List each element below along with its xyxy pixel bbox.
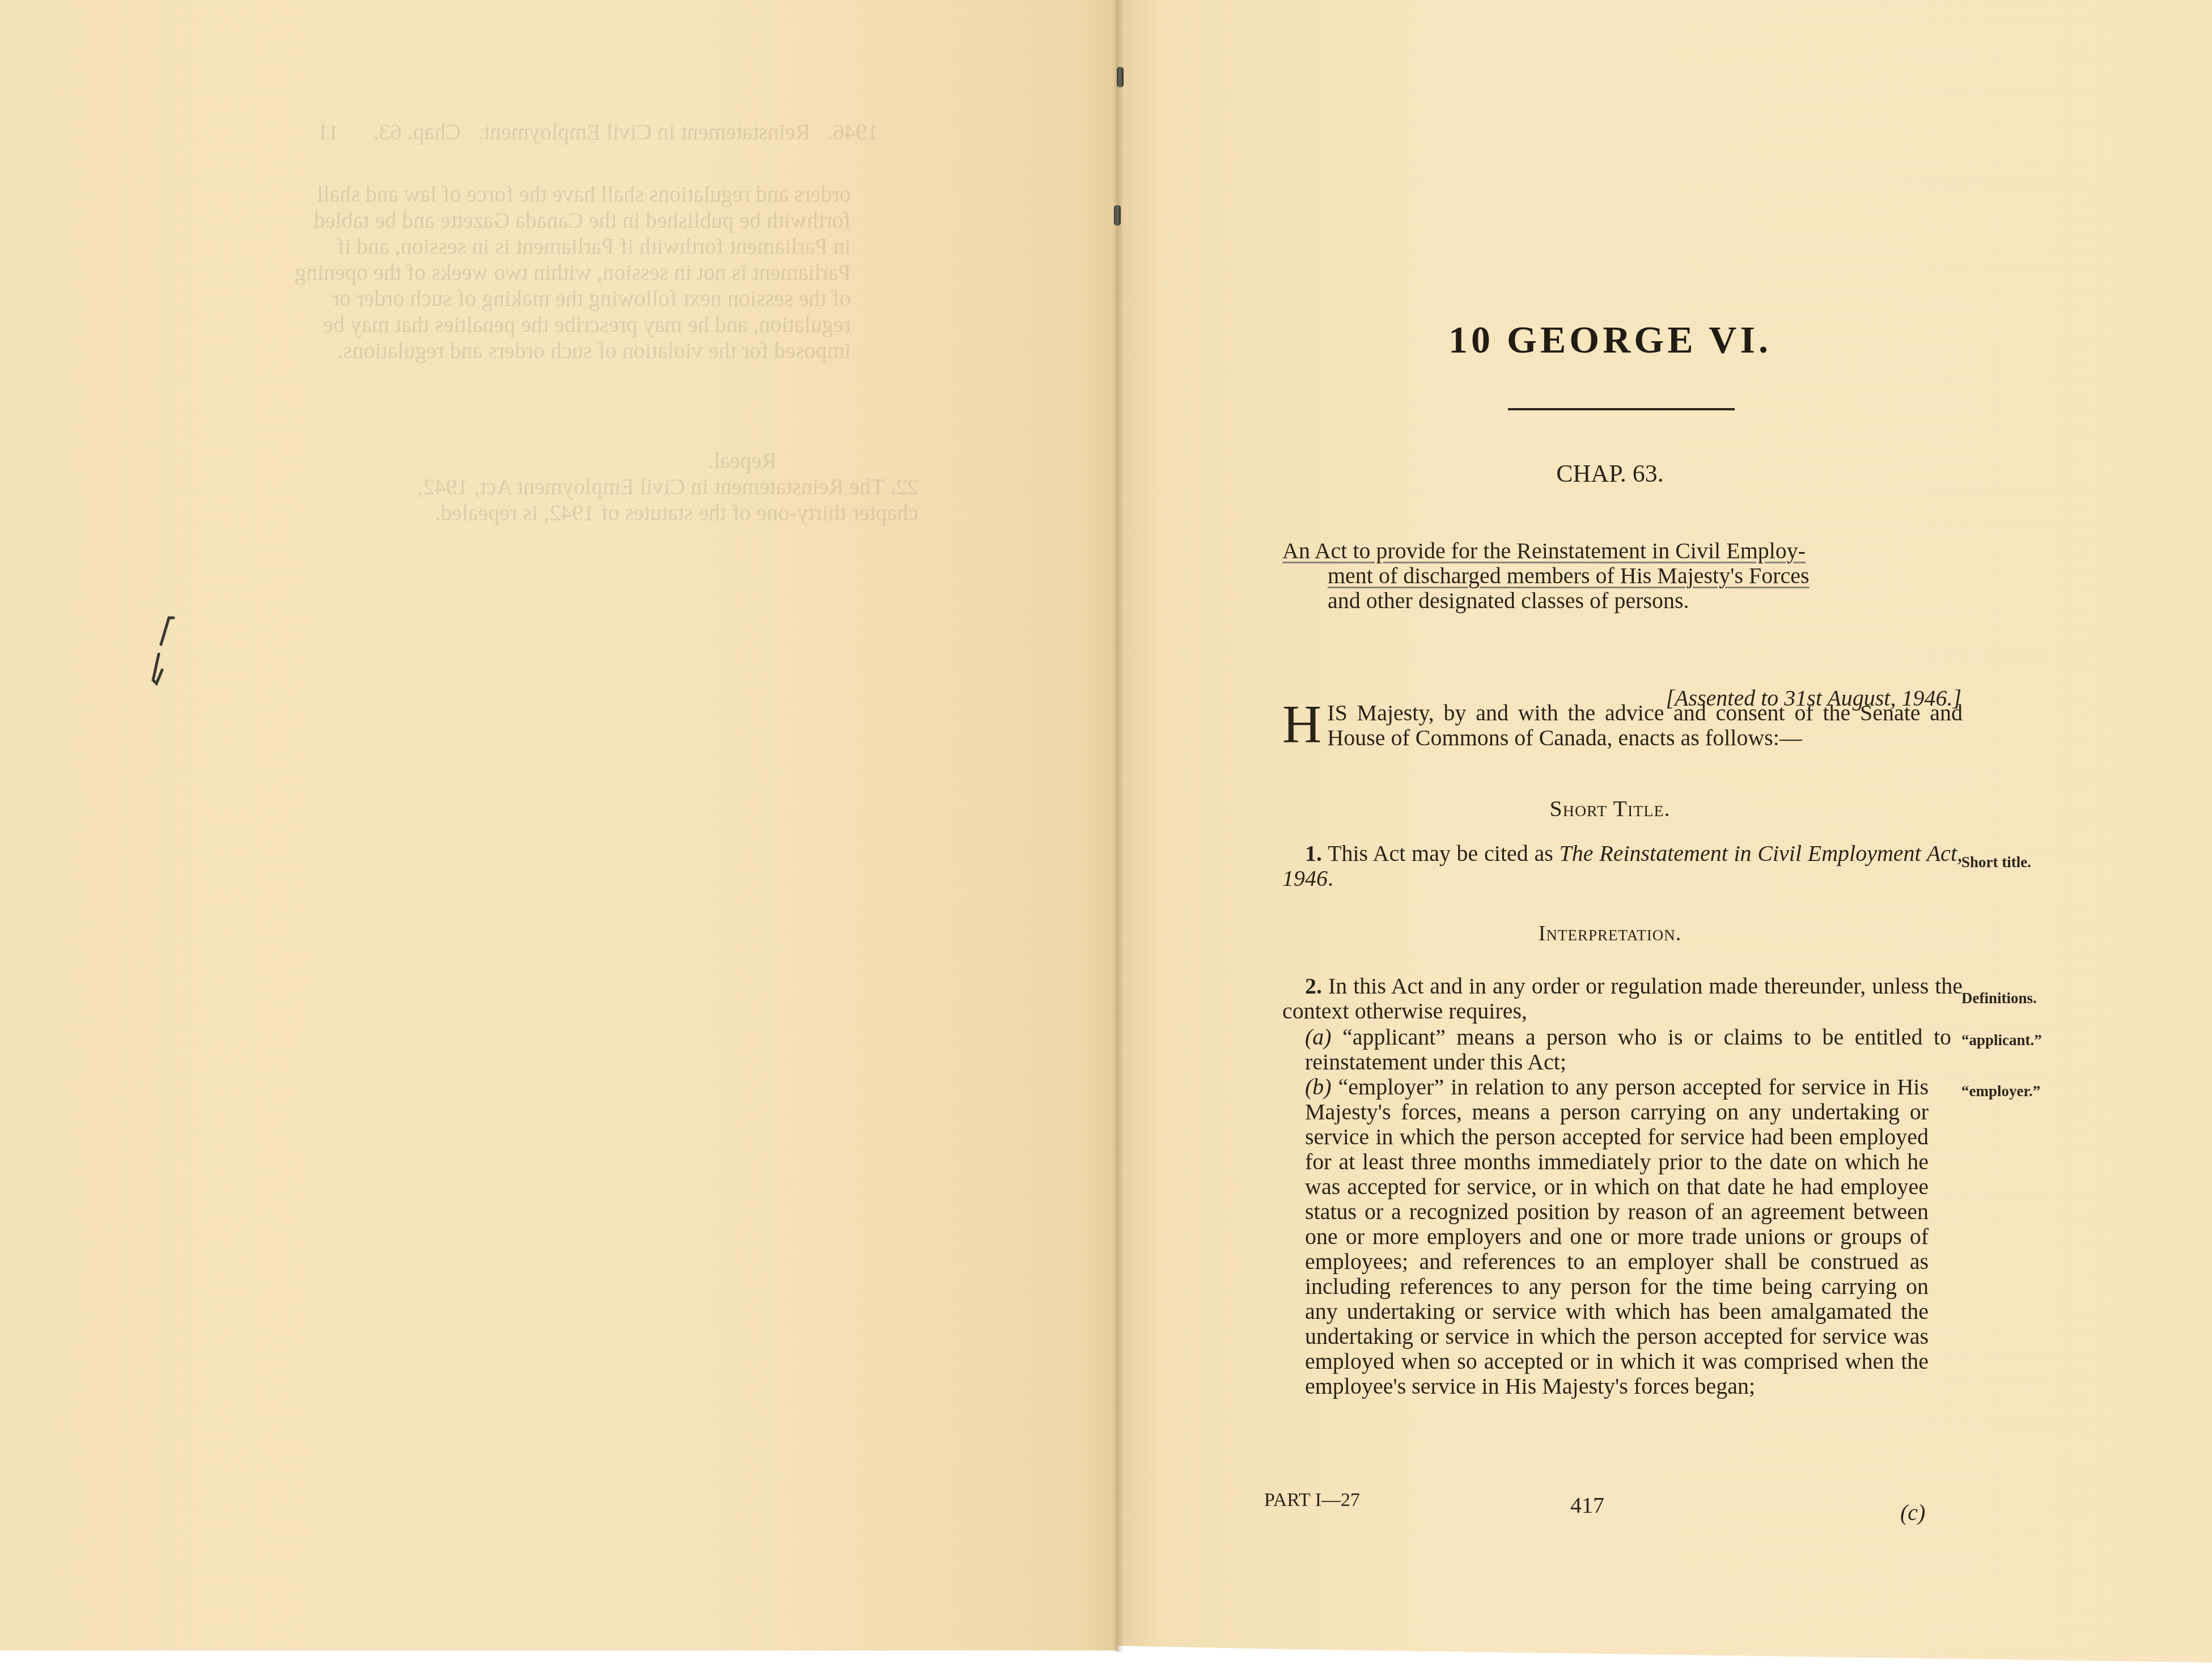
long-title-line-3: and other designated classes of persons. — [1282, 588, 1963, 613]
right-page — [1118, 0, 2212, 1669]
drop-cap: H — [1282, 702, 1321, 747]
sheet-mark: (c) — [1900, 1499, 1925, 1526]
long-title-line-2: ment of discharged members of His Majest… — [1282, 563, 1963, 588]
enacting-clause: H IS Majesty, by and with the advice and… — [1282, 701, 1963, 750]
section-number: 1. — [1305, 841, 1322, 866]
marginal-note-short-title: Short title. — [1961, 854, 2031, 871]
paragraph-text: “employer” in relation to any person acc… — [1305, 1074, 1929, 1399]
long-title-line-1: An Act to provide for the Reinstatement … — [1282, 538, 1806, 563]
page-number: 417 — [1570, 1492, 1604, 1518]
title-rule — [1508, 408, 1735, 410]
heading-interpretation: Interpretation. — [1417, 921, 1803, 946]
regnal-title: 10 GEORGE VI. — [1361, 317, 1859, 362]
book-spine — [1112, 0, 1124, 1652]
loose-staple-icon — [149, 613, 183, 693]
bleed-through-text: 1946. Reinstatement in Civil Employment.… — [317, 119, 879, 145]
marginal-note-definitions: Definitions. — [1961, 990, 2037, 1007]
paragraph-label: (b) — [1305, 1074, 1332, 1100]
section-1-text: This Act may be cited as — [1328, 841, 1560, 866]
section-1-end: . — [1328, 865, 1333, 891]
marginal-note-employer: “employer.” — [1961, 1083, 2040, 1100]
paragraph-text: “applicant” means a person who is or cla… — [1305, 1024, 1951, 1075]
binding-staple — [1114, 205, 1121, 226]
section-2: 2. In this Act and in any order or regul… — [1282, 974, 1963, 1024]
marginal-note-applicant: “applicant.” — [1961, 1032, 2042, 1049]
left-page: 1946. Reinstatement in Civil Employment.… — [0, 0, 1118, 1650]
definition-paragraph-b: (b) “employer” in relation to any person… — [1282, 1075, 1929, 1399]
chapter-number: CHAP. 63. — [1417, 459, 1803, 488]
paragraph-label: (a) — [1305, 1024, 1332, 1050]
section-1: 1. This Act may be cited as The Reinstat… — [1282, 841, 1963, 891]
bleed-through-text: Repeal. 22. The Reinstatement in Civil E… — [295, 448, 918, 526]
section-number: 2. — [1305, 973, 1322, 999]
definition-paragraph-a: (a) “applicant” means a person who is or… — [1282, 1025, 1951, 1075]
enacting-text: IS Majesty, by and with the advice and c… — [1282, 701, 1963, 750]
section-2-intro: In this Act and in any order or regulati… — [1282, 973, 1963, 1024]
long-title: An Act to provide for the Reinstatement … — [1282, 538, 1963, 613]
printer-signature: PART I—27 — [1264, 1489, 1360, 1511]
heading-short-title: Short Title. — [1417, 795, 1803, 822]
bleed-through-text: orders and regulations shall have the fo… — [295, 181, 851, 364]
binding-staple — [1117, 67, 1124, 87]
